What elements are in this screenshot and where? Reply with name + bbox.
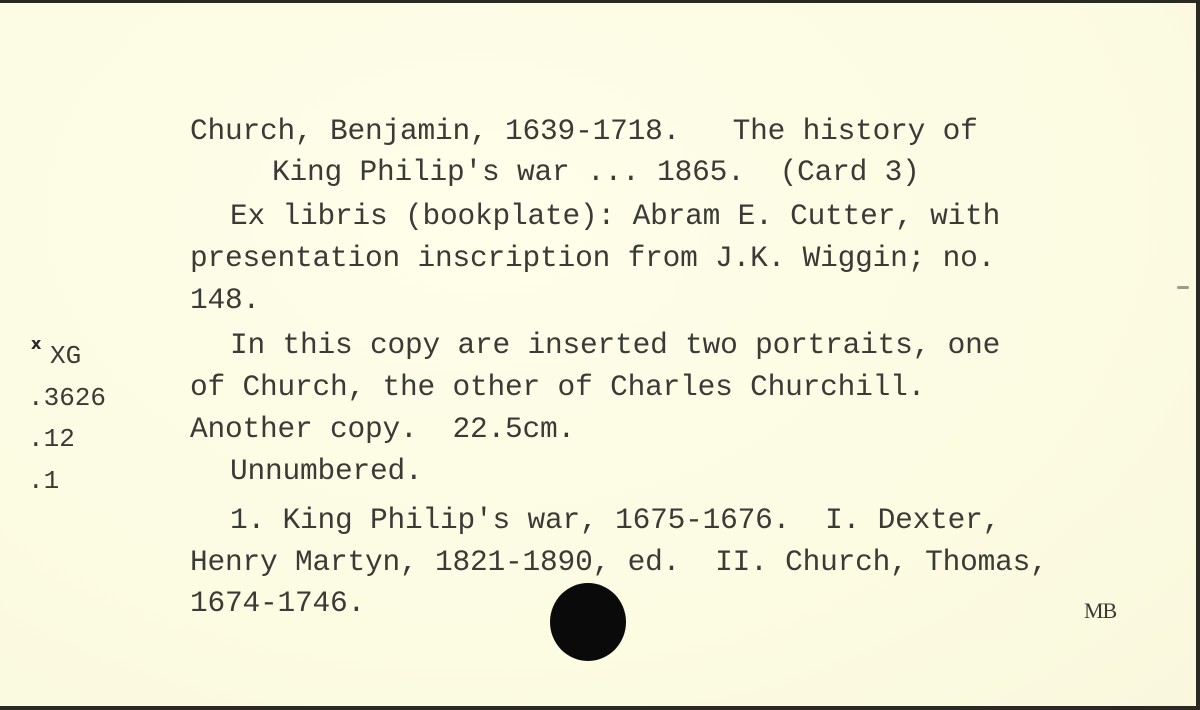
call-number-marker: x [31, 336, 41, 352]
tracings-line-3: 1674-1746. [190, 589, 365, 619]
call-number-line-3: .12 [28, 426, 75, 452]
punch-hole [550, 583, 626, 661]
library-code: MB [1084, 600, 1116, 622]
call-number-line-1: XG [50, 343, 81, 369]
call-number-line-2: .3626 [28, 385, 106, 411]
note-unnumbered: Unnumbered. [230, 457, 423, 487]
note-bookplate-line-1: Ex libris (bookplate): Abram E. Cutter, … [230, 202, 1000, 232]
heading-line-1: Church, Benjamin, 1639-1718. The history… [190, 117, 978, 147]
note-another-copy: Another copy. 22.5cm. [190, 415, 575, 445]
call-number-line-4: .1 [28, 468, 59, 494]
catalog-card: x XG .3626 .12 .1 Church, Benjamin, 1639… [0, 3, 1196, 706]
tracings-line-2: Henry Martyn, 1821-1890, ed. II. Church,… [190, 548, 1048, 578]
note-portraits-line-1: In this copy are inserted two portraits,… [230, 331, 1000, 361]
tracings-line-1: 1. King Philip's war, 1675-1676. I. Dext… [230, 506, 1000, 536]
card-mark [1177, 286, 1189, 289]
note-bookplate-line-2: presentation inscription from J.K. Wiggi… [190, 244, 995, 274]
note-portraits-line-2: of Church, the other of Charles Churchil… [190, 373, 925, 403]
note-bookplate-line-3: 148. [190, 286, 260, 316]
heading-line-2: King Philip's war ... 1865. (Card 3) [272, 158, 920, 188]
